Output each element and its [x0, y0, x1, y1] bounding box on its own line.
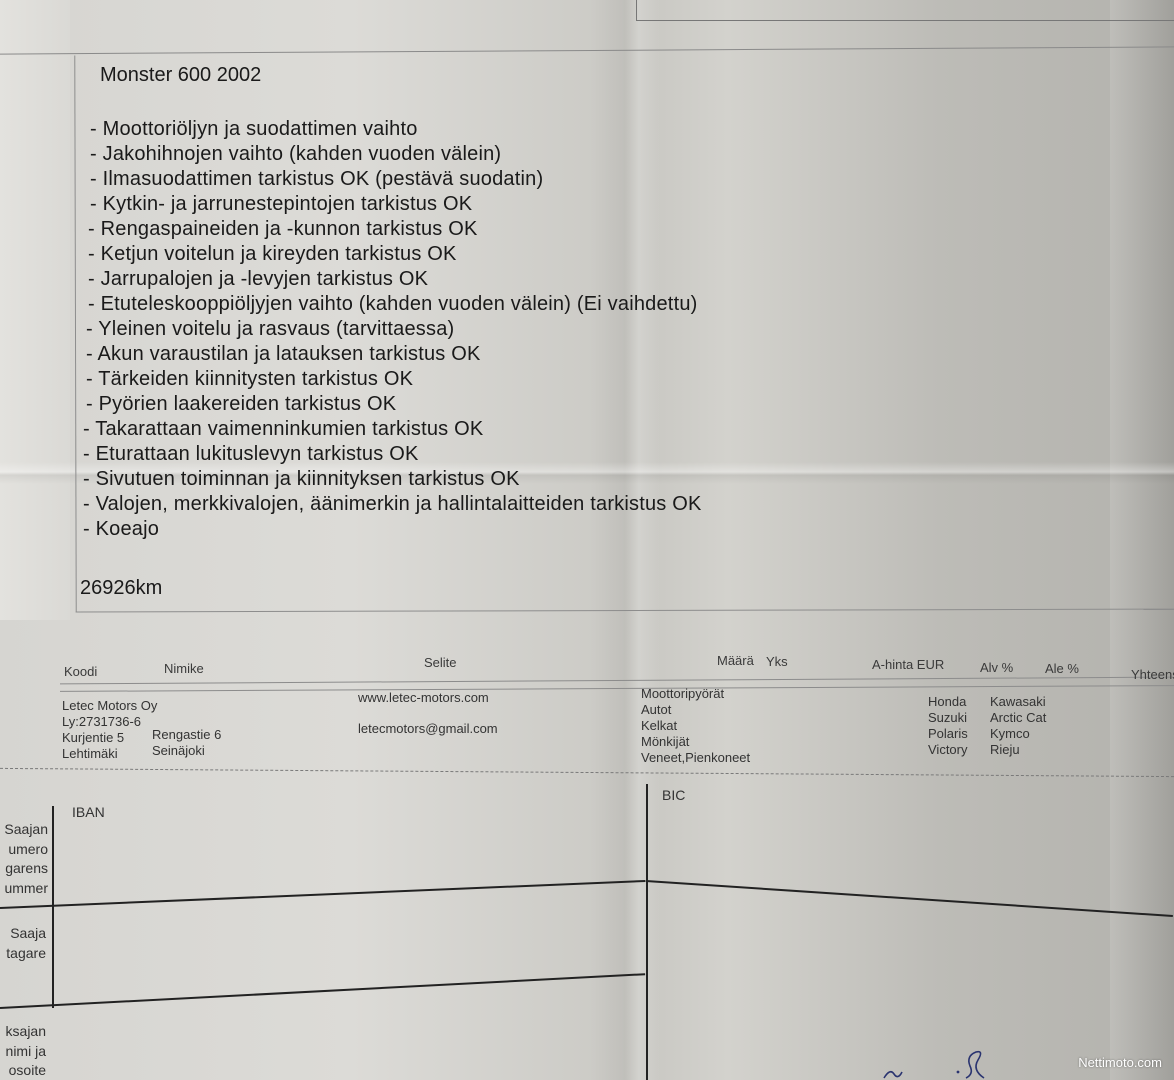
slip-iban-bic-divider: [646, 784, 648, 1080]
brand-item: Honda: [928, 694, 990, 710]
service-item: - Valojen, merkkivalojen, äänimerkin ja …: [83, 492, 702, 517]
iban-label: IBAN: [72, 804, 105, 820]
shop-website: www.letec-motors.com: [358, 690, 489, 706]
column-header-selite: Selite: [424, 655, 457, 670]
mileage-reading: 26926km: [80, 577, 162, 600]
service-item: - Sivutuen toiminnan ja kiinnityksen tar…: [83, 467, 702, 492]
service-item: - Rengaspaineiden ja -kunnon tarkistus O…: [88, 217, 707, 242]
service-item: - Takarattaan vaimenninkumien tarkistus …: [83, 417, 702, 442]
brand-item: Kymco: [990, 726, 1070, 742]
category-item: Mönkijät: [641, 734, 750, 750]
brand-item: Arctic Cat: [990, 710, 1070, 726]
paper-shading: [0, 0, 70, 620]
category-item: Kelkat: [641, 718, 750, 734]
service-checklist: - Moottoriöljyn ja suodattimen vaihto - …: [90, 117, 709, 542]
service-item: - Koeajo: [83, 517, 702, 542]
service-item: - Tärkeiden kiinnitysten tarkistus OK: [86, 367, 705, 392]
shop-address-block: Letec Motors Oy Ly:2731736-6 Kurjentie 5…: [62, 698, 242, 762]
shop-email: letecmotors@gmail.com: [358, 721, 498, 737]
column-header-nimike: Nimike: [164, 661, 204, 676]
column-header-yks: Yks: [766, 654, 788, 669]
service-item: - Jarrupalojen ja -levyjen tarkistus OK: [88, 267, 707, 292]
service-item: - Pyörien laakereiden tarkistus OK: [86, 392, 705, 417]
category-item: Veneet,Pienkoneet: [641, 750, 750, 766]
signature-ink: [880, 1050, 1020, 1080]
shop-city-2: Seinäjoki: [152, 743, 242, 759]
column-header-alv: Alv %: [980, 660, 1013, 675]
bic-label: BIC: [662, 787, 685, 803]
header-box-border: [636, 0, 1174, 21]
watermark: Nettimoto.com: [1078, 1055, 1162, 1070]
label-recipient: Saaja tagare: [0, 924, 46, 963]
column-header-maara: Määrä: [717, 653, 754, 668]
column-header-koodi: Koodi: [64, 664, 97, 679]
column-header-yhteensa: Yhteensä: [1131, 667, 1174, 682]
service-item: - Etuteleskooppiöljyjen vaihto (kahden v…: [88, 292, 707, 317]
service-item: - Ketjun voitelun ja kireyden tarkistus …: [88, 242, 707, 267]
brand-item: Suzuki: [928, 710, 990, 726]
service-item: - Eturattaan lukituslevyn tarkistus OK: [83, 442, 702, 467]
slip-row-line-1-right: [646, 880, 1173, 917]
shop-street-2: Rengastie 6: [152, 727, 242, 743]
service-item: - Yleinen voitelu ja rasvaus (tarvittaes…: [86, 317, 705, 342]
category-item: Moottoripyörät: [641, 686, 750, 702]
slip-row-line-2: [0, 973, 645, 1009]
brand-item: Kawasaki: [990, 694, 1070, 710]
payment-slip-top-border: [0, 768, 1174, 777]
column-header-a-hinta: A-hinta EUR: [872, 657, 944, 672]
label-recipient-account: Saajan umero garens ummer: [0, 820, 48, 898]
label-payer: ksajan nimi ja osoite: [0, 1022, 46, 1080]
service-item: - Moottoriöljyn ja suodattimen vaihto: [90, 117, 709, 142]
shop-name: Letec Motors Oy: [62, 698, 242, 714]
brand-item: Rieju: [990, 742, 1070, 758]
slip-label-divider: [52, 806, 54, 1008]
service-item: - Kytkin- ja jarrunestepintojen tarkistu…: [90, 192, 709, 217]
brand-item: Polaris: [928, 726, 990, 742]
shop-city-1: Lehtimäki: [62, 746, 152, 762]
document-title: Monster 600 2002: [100, 64, 261, 87]
service-item: - Jakohihnojen vaihto (kahden vuoden väl…: [90, 142, 709, 167]
column-header-ale: Ale %: [1045, 661, 1079, 676]
brand-item: Victory: [928, 742, 990, 758]
category-item: Autot: [641, 702, 750, 718]
shop-categories: Moottoripyörät Autot Kelkat Mönkijät Ven…: [641, 686, 750, 766]
shop-street-1: Kurjentie 5: [62, 730, 152, 746]
slip-row-line-1: [0, 880, 645, 909]
shop-brands: Honda Kawasaki Suzuki Arctic Cat Polaris…: [928, 694, 1070, 758]
service-item: - Akun varaustilan ja latauksen tarkistu…: [86, 342, 705, 367]
service-item: - Ilmasuodattimen tarkistus OK (pestävä …: [90, 167, 709, 192]
